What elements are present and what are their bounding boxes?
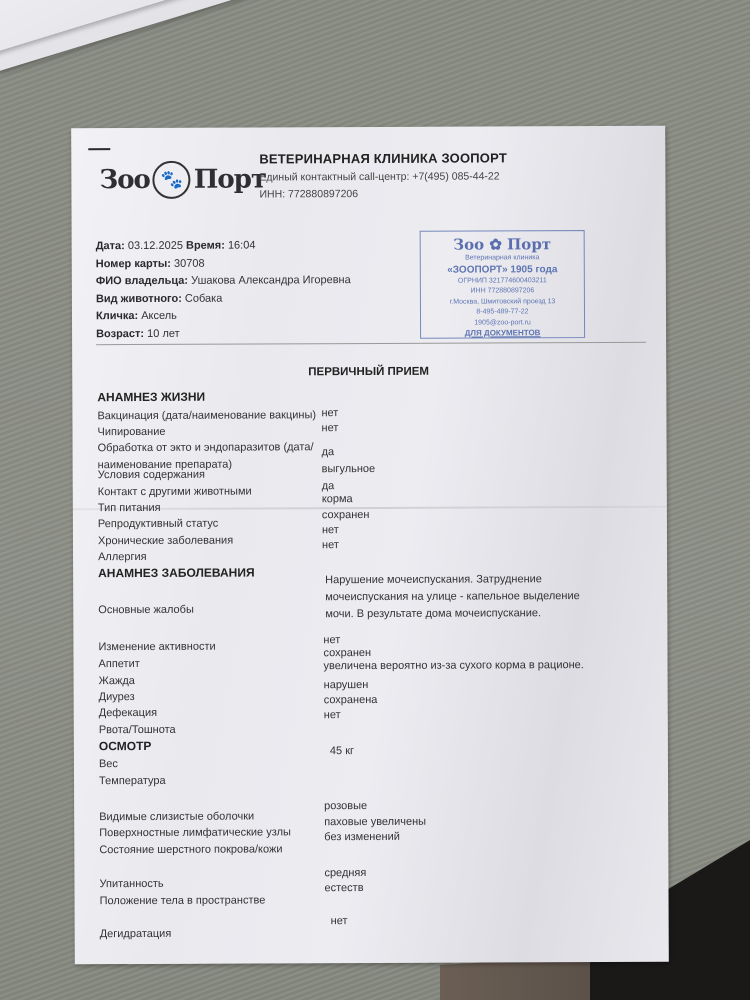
section-heading: АНАМНЕЗ ЗАБОЛЕВАНИЯ — [98, 566, 254, 581]
record-field-label: Дегидратация — [100, 926, 172, 943]
clinic-title: ВЕТЕРИНАРНАЯ КЛИНИКА ЗООПОРТ — [259, 150, 507, 166]
record-field-value: Нарушение мочеиспускания. Затруднение мо… — [325, 571, 580, 623]
visit-date: 03.12.2025 — [128, 240, 183, 252]
pet-name: Аксель — [141, 310, 177, 322]
owner-name: Ушакова Александра Игоревна — [191, 274, 351, 287]
card-label: Номер карты: — [96, 257, 171, 269]
pet-age: 10 лет — [147, 327, 180, 339]
card-line: Номер карты: 30708 — [96, 255, 351, 274]
date-label: Дата: — [96, 240, 125, 252]
record-field-label: Основные жалобы — [98, 602, 194, 619]
record-field-label: Дефекация — [99, 705, 157, 722]
time-label: Время: — [186, 240, 225, 252]
stamp-phone: 8-495-489-77-22 — [421, 307, 584, 318]
record-sections: АНАМНЕЗ ЖИЗНИВакцинация (дата/наименован… — [71, 126, 665, 129]
document-title: ПЕРВИЧНЫЙ ПРИЕМ — [308, 366, 429, 379]
record-field-label: Репродуктивный статус — [98, 516, 218, 534]
clinic-callcenter: Единый контактный call-центр: +7(495) 08… — [259, 170, 507, 183]
record-field-label: Хронические заболевания — [98, 533, 233, 551]
clinic-header: ВЕТЕРИНАРНАЯ КЛИНИКА ЗООПОРТ Единый конт… — [259, 150, 507, 200]
record-field-value: нет — [331, 913, 348, 930]
record-field-label: Вакцинация (дата/наименование вакцины) — [97, 407, 316, 425]
section-heading: ОСМОТР — [99, 739, 152, 753]
record-field-label: Положение тела в пространстве — [100, 892, 266, 910]
record-field-label: Тип питания — [98, 500, 161, 517]
record-field-value: увеличена вероятно из-за сухого корма в … — [323, 657, 583, 675]
clinic-stamp: Зоо ✿ Порт Ветеринарная клиника «ЗООПОРТ… — [420, 230, 585, 339]
record-field-label: Контакт с другими животными — [98, 484, 252, 502]
record-field-value: 45 кг — [330, 743, 354, 760]
record-field-value: нет — [324, 707, 341, 724]
record-field-label: Условия содержания — [98, 467, 205, 484]
pet-name-line: Кличка: Аксель — [96, 307, 351, 326]
logo-text-right: Порт — [194, 164, 266, 194]
age-label: Возраст: — [96, 327, 144, 339]
record-field-label: Рвота/Тошнота — [99, 722, 176, 739]
record-field-label: Состояние шерстного покрова/кожи — [99, 841, 282, 859]
stamp-inn: ИНН 772880897206 — [421, 286, 584, 297]
record-field-label: Упитанность — [99, 876, 163, 893]
owner-line: ФИО владельца: Ушакова Александра Игорев… — [96, 272, 351, 291]
record-field-label: Поверхностные лимфатические узлы — [99, 824, 291, 842]
pen-mark — [88, 148, 110, 150]
vet-visit-document: Зоо 🐾 Порт ВЕТЕРИНАРНАЯ КЛИНИКА ЗООПОРТ … — [71, 126, 669, 965]
record-field-value: нет — [322, 537, 339, 554]
section-heading: АНАМНЕЗ ЖИЗНИ — [97, 390, 205, 404]
clinic-inn: ИНН: 772880897206 — [259, 187, 507, 200]
clinic-logo: Зоо 🐾 Порт — [99, 160, 266, 199]
stamp-email: 1905@zoo-port.ru — [421, 318, 584, 329]
record-field-label: Жажда — [99, 673, 135, 690]
record-field-value: да — [322, 444, 335, 461]
record-field-value: розовые — [324, 798, 367, 815]
record-field-label: Аллергия — [98, 549, 147, 566]
species-label: Вид животного: — [96, 292, 182, 304]
record-field-label: Видимые слизистые оболочки — [99, 809, 254, 827]
card-number: 30708 — [174, 257, 205, 269]
species-line: Вид животного: Собака — [96, 290, 351, 309]
record-field-label: Диурез — [99, 689, 135, 706]
stamp-clinic-name: «ЗООПОРТ» 1905 года — [421, 264, 584, 277]
record-field-label: Чипирование — [97, 424, 165, 441]
age-line: Возраст: 10 лет — [96, 325, 351, 344]
species-value: Собака — [185, 292, 222, 304]
visit-info: Дата: 03.12.2025 Время: 16:04 Номер карт… — [96, 237, 351, 343]
paw-icon: 🐾 — [153, 161, 191, 199]
record-field-label: Температура — [99, 773, 166, 790]
stamp-subtitle: Ветеринарная клиника — [421, 253, 584, 264]
logo-text-left: Зоо — [99, 165, 150, 195]
record-field-value: корма — [322, 491, 353, 508]
record-field-value: естеств — [324, 880, 363, 897]
owner-label: ФИО владельца: — [96, 275, 188, 287]
record-field-label: Вес — [99, 756, 118, 773]
record-field-label: Аппетит — [98, 656, 139, 673]
record-field-value: выгульное — [322, 461, 376, 478]
stamp-logo: Зоо ✿ Порт — [421, 235, 584, 254]
stamp-ogrnip: ОГРНИП 321774600403211 — [421, 276, 584, 287]
visit-time: 16:04 — [228, 239, 256, 251]
visit-date-line: Дата: 03.12.2025 Время: 16:04 — [96, 237, 351, 256]
pet-name-label: Кличка: — [96, 310, 138, 322]
record-field-label: Изменение активности — [98, 639, 215, 657]
stamp-address: г.Москва, Шмитовский проезд 13 — [421, 297, 584, 308]
record-field-value: без изменений — [324, 829, 400, 846]
stamp-footer: ДЛЯ ДОКУМЕНТОВ — [421, 328, 584, 339]
record-field-value: нет — [321, 420, 338, 437]
